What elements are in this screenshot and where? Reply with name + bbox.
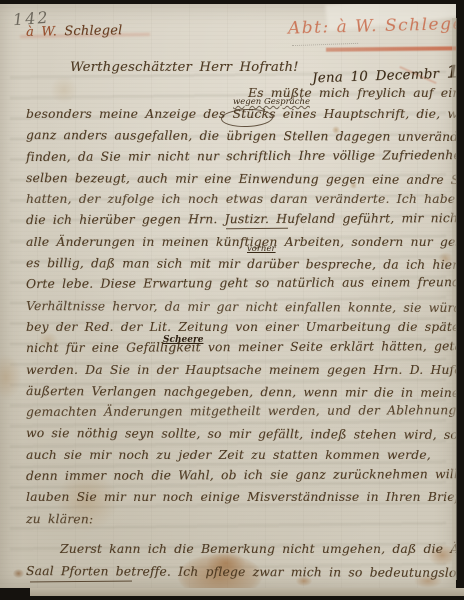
author-name-annotation: à W. Schlegel (26, 23, 123, 40)
handwriting-line: wo sie nöthig seyn sollte, so mir gefäll… (26, 426, 456, 449)
letter-page: 142 à W. Schlegel Abt: à W. Schlegel Jen… (0, 4, 456, 588)
interline-insertion: wegen Gespräche (233, 97, 310, 107)
interline-insertion: Scheere (163, 335, 203, 345)
handwriting-line: zu klären: (26, 512, 456, 535)
author-surname: Schlegel (64, 23, 122, 39)
interline-insertion: vorher (247, 244, 276, 254)
handwriting-line: finden, da Sie mir nicht nur schriftlich… (26, 148, 456, 171)
foxing-stain (13, 569, 24, 578)
handwriting-line: hatten, der zufolge ich noch etwas daran… (26, 192, 456, 213)
handwriting-line: alle Änderungen in meinen künftigen Arbe… (26, 235, 456, 256)
author-initials: à W. (26, 24, 65, 40)
handwriting-line: die ich hierüber gegen Hrn. Justizr. Huf… (26, 212, 456, 235)
page-edge-below (30, 588, 464, 596)
handwriting-line: auch sie mir noch zu jeder Zeit zu statt… (26, 448, 456, 469)
handwriting-line: denn immer noch die Wahl, ob ich sie gan… (26, 467, 456, 490)
handwriting-line: Orte lebe. Diese Erwartung geht so natür… (26, 275, 456, 298)
handwriting-line: Zuerst kann ich die Bemerkung nicht umge… (26, 542, 456, 564)
handwriting-line: Saal Pforten betreffe. Ich pflege zwar m… (26, 564, 456, 587)
red-chalk-underline (326, 46, 456, 51)
page-edge-right (452, 18, 457, 580)
handwriting-line: selben bezeugt, auch mir eine Einwendung… (26, 171, 456, 194)
letter-body: besonders meine Anzeige des Stücks eines… (26, 107, 456, 533)
salutation: Werthgeschätzter Herr Hofrath! (70, 60, 299, 75)
handwriting-line: bey der Red. der Lit. Zeitung von einer … (26, 320, 456, 341)
letter-closing-paragraph: Zuerst kann ich die Bemerkung nicht umge… (26, 542, 456, 585)
scanned-letter-image: { "document": { "folio_number": "142", "… (0, 0, 464, 600)
foxing-stain (0, 354, 22, 400)
handwriting-line: Verhältnisse hervor, da mir gar nicht ei… (26, 299, 456, 322)
handwriting-line: werden. Da Sie in der Hauptsache meinem … (26, 363, 456, 384)
handwriting-line: lauben Sie mir nur noch einige Misverstä… (26, 490, 456, 511)
handwriting-line: gemachten Änderungen mitgetheilt werden,… (26, 403, 456, 426)
foxing-stain (50, 76, 78, 104)
red-chalk-annotation: Abt: à W. Schlegel (288, 13, 456, 38)
handwriting-line: nicht für eine Gefälligkeit von meiner S… (26, 339, 456, 362)
dateline-place: Jena 10 Decembr (312, 66, 447, 87)
pencil-scribble (292, 37, 358, 46)
